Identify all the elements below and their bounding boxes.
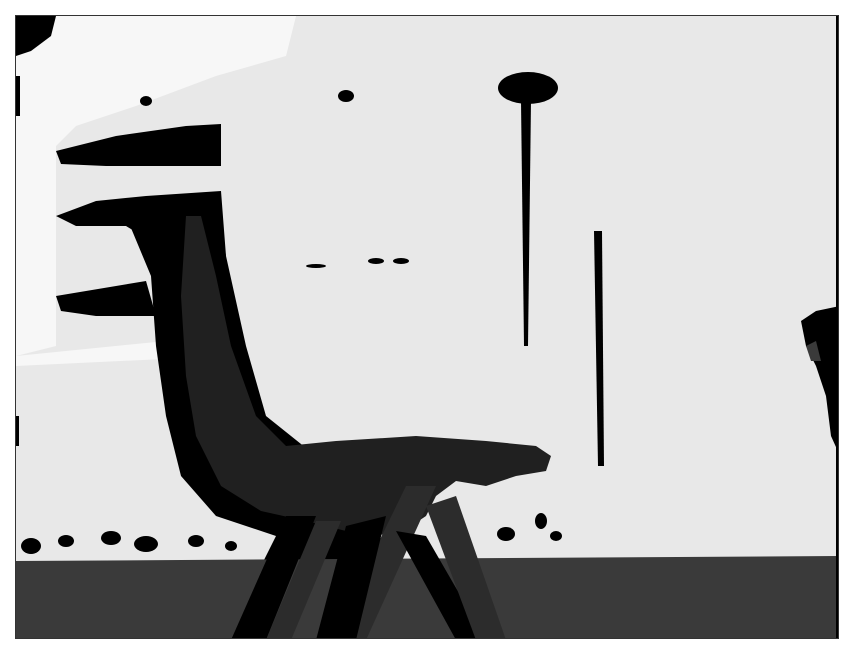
depth-map-image [16, 16, 839, 639]
depth-map-frame [15, 15, 839, 639]
lamp-shade [498, 72, 558, 104]
